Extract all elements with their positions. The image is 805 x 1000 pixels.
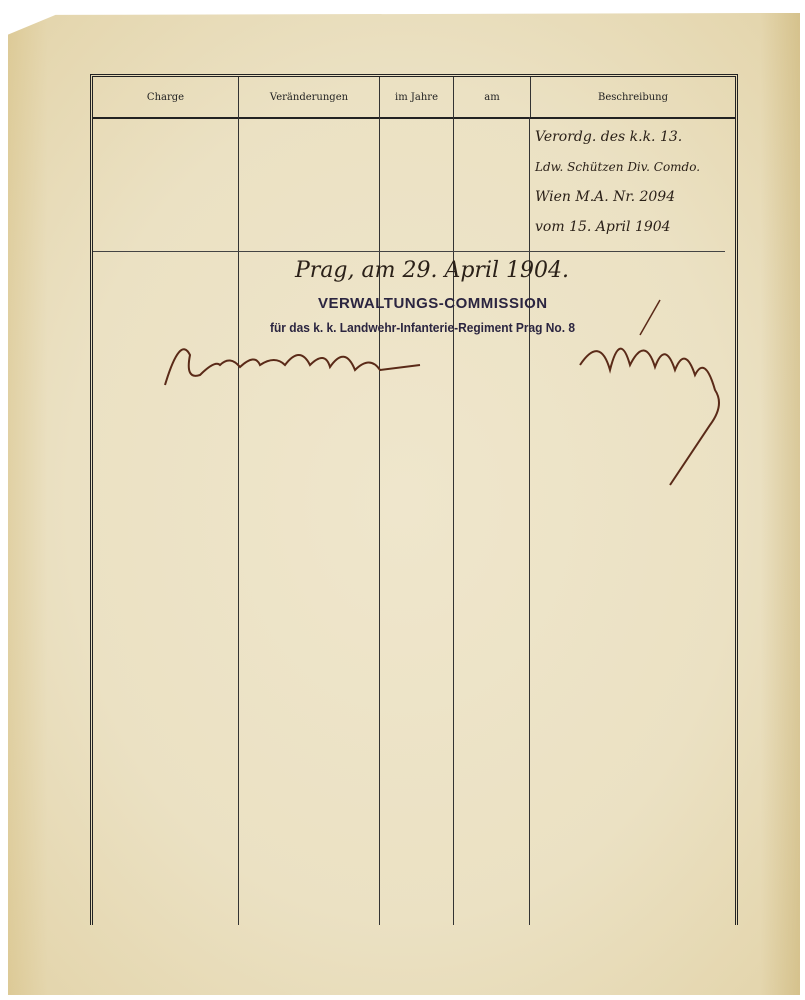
- row-separator: [93, 251, 725, 252]
- col-header-im-jahre: im Jahre: [380, 77, 454, 117]
- col-header-beschreibung: Beschreibung: [531, 77, 735, 117]
- signature-left: [160, 335, 430, 395]
- col-header-am: am: [454, 77, 531, 117]
- entry-line: Wien M.A. Nr. 2094: [535, 182, 735, 212]
- table-header: Charge Veränderungen im Jahre am Beschre…: [93, 77, 735, 119]
- column-divider: [529, 117, 530, 925]
- col-header-veraenderungen: Veränderungen: [239, 77, 380, 117]
- entry-line: Verordg. des k.k. 13.: [535, 122, 735, 152]
- column-divider: [238, 117, 239, 925]
- col-header-charge: Charge: [93, 77, 239, 117]
- column-divider: [379, 117, 380, 925]
- column-divider: [453, 117, 454, 925]
- place-date: Prag, am 29. April 1904.: [295, 258, 569, 283]
- stamp-line-2: für das k. k. Landwehr-Infanterie-Regime…: [270, 320, 575, 335]
- signature-right: [570, 295, 740, 495]
- beschreibung-entry: Verordg. des k.k. 13. Ldw. Schützen Div.…: [535, 122, 735, 242]
- entry-line: Ldw. Schützen Div. Comdo.: [535, 152, 735, 182]
- stamp-line-1: VERWALTUNGS-COMMISSION: [318, 295, 548, 312]
- entry-line: vom 15. April 1904: [535, 212, 735, 242]
